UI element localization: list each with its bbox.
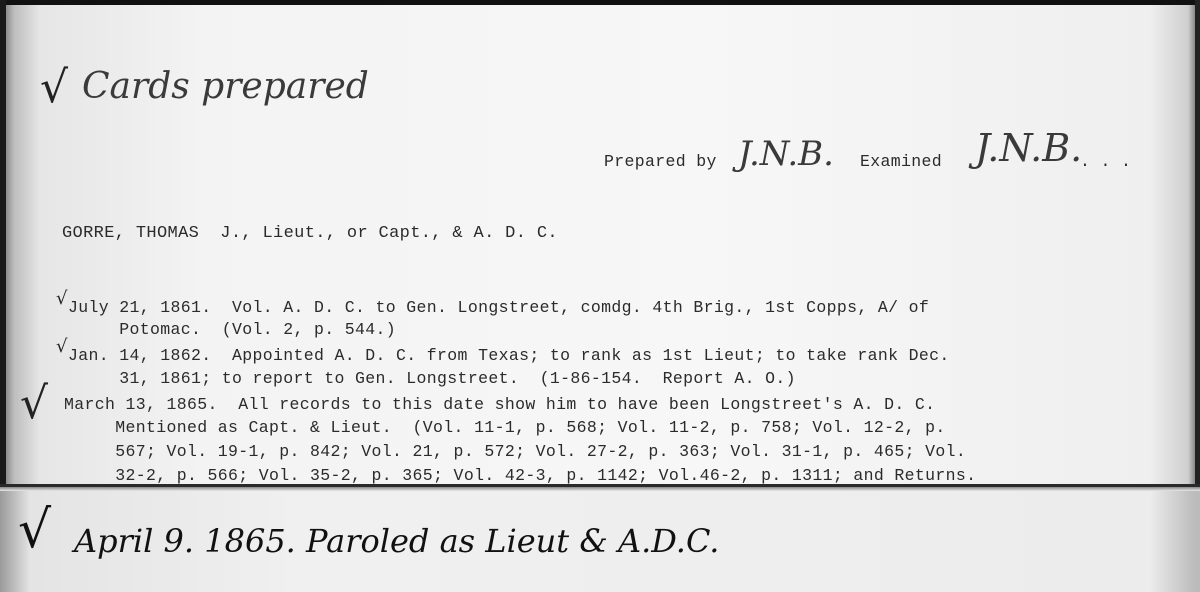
entry-3-line-2: Mentioned as Capt. & Lieut. (Vol. 11-1, … bbox=[64, 418, 946, 437]
entry-2-line-1: Jan. 14, 1862. Appointed A. D. C. from T… bbox=[68, 346, 950, 365]
scan-border-top bbox=[0, 0, 1200, 5]
checkmark-icon: √ bbox=[18, 500, 51, 560]
prepared-by-initials: J.N.B. bbox=[738, 134, 834, 174]
entry-3-line-4: 32-2, p. 566; Vol. 35-2, p. 365; Vol. 42… bbox=[64, 466, 976, 485]
examined-initials: J.N.B. bbox=[975, 126, 1082, 170]
handwritten-parole-entry: April 9. 1865. Paroled as Lieut & A.D.C. bbox=[74, 522, 719, 560]
record-heading: GORRE, THOMAS J., Lieut., or Capt., & A.… bbox=[62, 224, 558, 243]
entry-2-line-2: 31, 1861; to report to Gen. Longstreet. … bbox=[68, 369, 796, 388]
record-card: √ Cards prepared Prepared by J.N.B. Exam… bbox=[0, 0, 1200, 592]
entry-1-line-1: July 21, 1861. Vol. A. D. C. to Gen. Lon… bbox=[68, 298, 929, 317]
entry-1-line-2: Potomac. (Vol. 2, p. 544.) bbox=[68, 320, 396, 339]
entry-3-line-3: 567; Vol. 19-1, p. 842; Vol. 21, p. 572;… bbox=[64, 442, 966, 461]
checkmark-icon: √ bbox=[40, 62, 68, 113]
examined-dots: . . . bbox=[1080, 152, 1131, 171]
entry-3-line-1: March 13, 1865. All records to this date… bbox=[64, 395, 935, 414]
examined-label: Examined bbox=[860, 152, 942, 171]
checkmark-icon: √ bbox=[20, 378, 48, 429]
prepared-by-label: Prepared by bbox=[604, 152, 717, 171]
annotation-cards-prepared: Cards prepared bbox=[82, 66, 369, 107]
checkmark-icon: √ bbox=[56, 288, 67, 309]
checkmark-icon: √ bbox=[56, 336, 67, 357]
